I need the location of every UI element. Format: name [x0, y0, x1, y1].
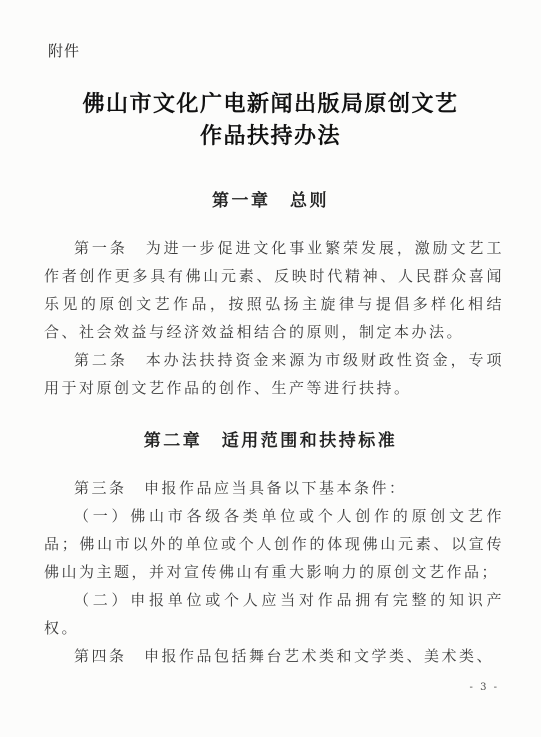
chapter2-body: 第三条 申报作品应当具备以下基本条件： （一）佛山市各级各类单位或个人创作的原创…: [44, 474, 504, 670]
document-title: 佛山市文化广电新闻出版局原创文艺 作品扶持办法: [0, 88, 541, 152]
article3-paragraph: 第三条 申报作品应当具备以下基本条件：: [44, 474, 504, 502]
chapter1-body: 第一条 为进一步促进文化事业繁荣发展，激励文艺工作者创作更多具有佛山元素、反映时…: [44, 234, 504, 402]
article1-paragraph: 第一条 为进一步促进文化事业繁荣发展，激励文艺工作者创作更多具有佛山元素、反映时…: [44, 234, 504, 346]
chapter1-heading: 第一章 总则: [0, 186, 541, 211]
document-page: 附件 佛山市文化广电新闻出版局原创文艺 作品扶持办法 第一章 总则 第一条 为进…: [0, 0, 541, 737]
page-number: - 3 -: [470, 682, 499, 693]
chapter2-heading: 第二章 适用范围和扶持标准: [0, 426, 541, 451]
article3-item2-paragraph: （二）申报单位或个人应当对作品拥有完整的知识产权。: [44, 586, 504, 642]
document-title-line2: 作品扶持办法: [0, 120, 541, 152]
article4-paragraph: 第四条 申报作品包括舞台艺术类和文学类、美术类、: [44, 642, 504, 670]
attachment-label: 附件: [48, 40, 80, 61]
article3-item1-paragraph: （一）佛山市各级各类单位或个人创作的原创文艺作品；佛山市以外的单位或个人创作的体…: [44, 502, 504, 586]
document-title-line1: 佛山市文化广电新闻出版局原创文艺: [0, 88, 541, 120]
article2-paragraph: 第二条 本办法扶持资金来源为市级财政性资金，专项用于对原创文艺作品的创作、生产等…: [44, 346, 504, 402]
